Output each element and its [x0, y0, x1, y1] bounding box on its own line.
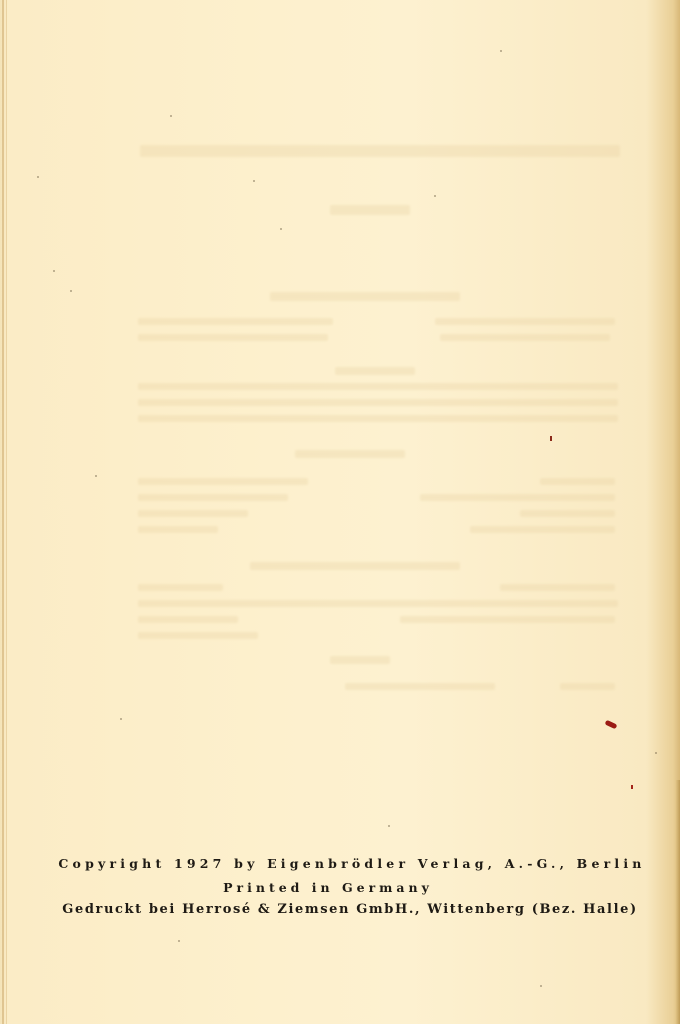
red-ink-mark	[631, 785, 633, 789]
printed-in-line: Printed in Germany	[0, 880, 668, 895]
copyright-line: Copyright 1927 by Eigenbrödler Verlag, A…	[0, 856, 680, 871]
printer-line: Gedruckt bei Herrosé & Ziemsen GmbH., Wi…	[10, 902, 680, 917]
book-page: Copyright 1927 by Eigenbrödler Verlag, A…	[0, 0, 680, 1024]
red-ink-mark	[550, 436, 552, 441]
red-ink-mark	[605, 720, 618, 730]
